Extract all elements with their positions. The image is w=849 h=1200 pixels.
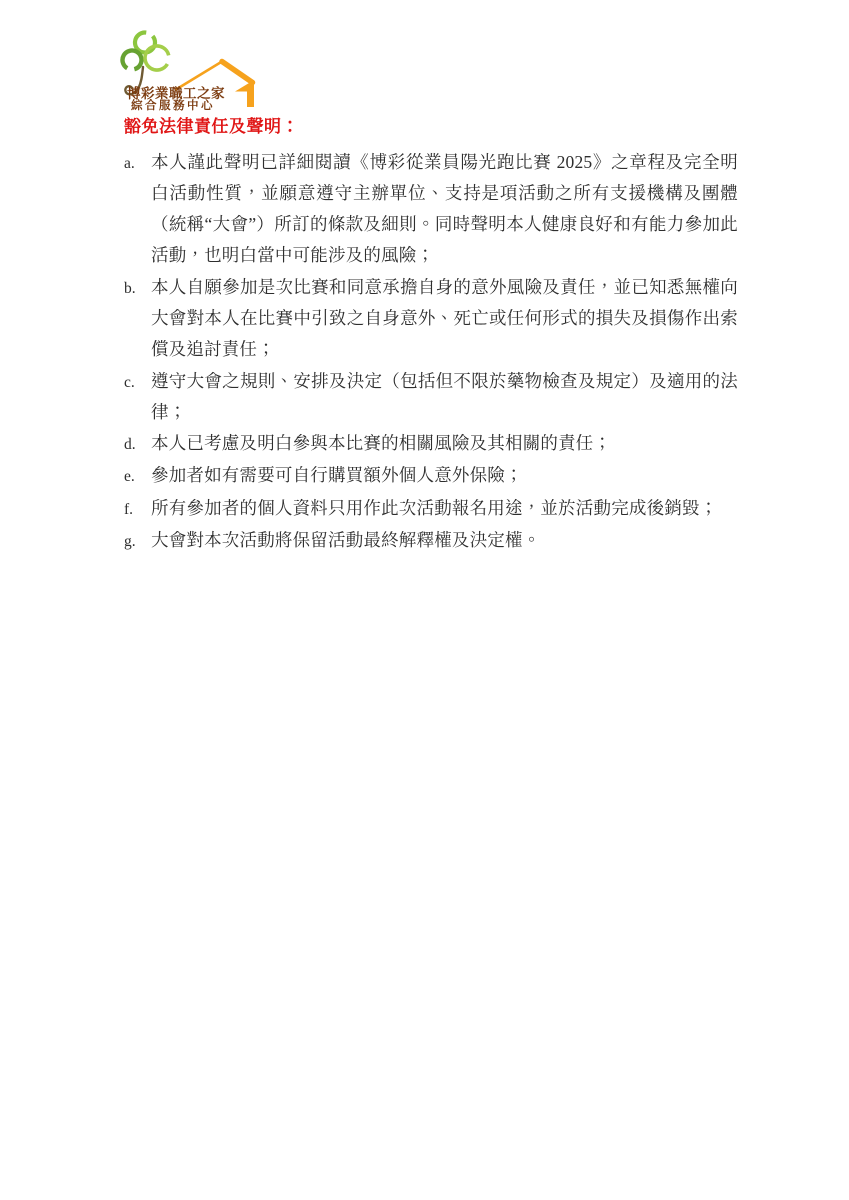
- disclaimer-item-a: a. 本人謹此聲明已詳細閱讀《博彩從業員陽光跑比賽 2025》之章程及完全明白活…: [124, 147, 738, 272]
- item-text: 大會對本次活動將保留活動最終解釋權及決定權。: [151, 525, 738, 556]
- disclaimer-item-b: b. 本人自願參加是次比賽和同意承擔自身的意外風險及責任，並已知悉無權向大會對本…: [124, 272, 738, 366]
- disclaimer-item-d: d. 本人已考慮及明白參與本比賽的相關風險及其相關的責任；: [124, 428, 738, 460]
- disclaimer-heading: 豁免法律責任及聲明：: [124, 111, 738, 143]
- item-text: 本人謹此聲明已詳細閱讀《博彩從業員陽光跑比賽 2025》之章程及完全明白活動性質…: [151, 147, 738, 272]
- disclaimer-item-f: f. 所有參加者的個人資料只用作此次活動報名用途，並於活動完成後銷毀；: [124, 493, 738, 525]
- document-page: 博彩業職工之家 綜合服務中心 豁免法律責任及聲明： a. 本人謹此聲明已詳細閱讀…: [0, 0, 849, 1200]
- item-text: 本人自願參加是次比賽和同意承擔自身的意外風險及責任，並已知悉無權向大會對本人在比…: [151, 272, 738, 366]
- item-text: 本人已考慮及明白參與本比賽的相關風險及其相關的責任；: [151, 428, 738, 459]
- disclaimer-item-e: e. 參加者如有需要可自行購買額外個人意外保險；: [124, 460, 738, 492]
- item-letter: d.: [124, 429, 151, 460]
- item-letter: g.: [124, 526, 151, 557]
- disclaimer-section: 豁免法律責任及聲明： a. 本人謹此聲明已詳細閱讀《博彩從業員陽光跑比賽 202…: [124, 111, 738, 557]
- item-letter: b.: [124, 273, 151, 304]
- item-letter: c.: [124, 367, 151, 398]
- disclaimer-item-c: c. 遵守大會之規則、安排及決定（包括但不限於藥物檢查及規定）及適用的法律；: [124, 366, 738, 429]
- org-logo: 博彩業職工之家 綜合服務中心: [118, 30, 268, 112]
- item-letter: e.: [124, 461, 151, 492]
- item-text: 遵守大會之規則、安排及決定（包括但不限於藥物檢查及規定）及適用的法律；: [151, 366, 738, 429]
- item-letter: a.: [124, 148, 151, 179]
- item-letter: f.: [124, 494, 151, 525]
- item-text: 參加者如有需要可自行購買額外個人意外保險；: [151, 460, 738, 491]
- item-text: 所有參加者的個人資料只用作此次活動報名用途，並於活動完成後銷毀；: [151, 493, 738, 524]
- disclaimer-item-g: g. 大會對本次活動將保留活動最終解釋權及決定權。: [124, 525, 738, 557]
